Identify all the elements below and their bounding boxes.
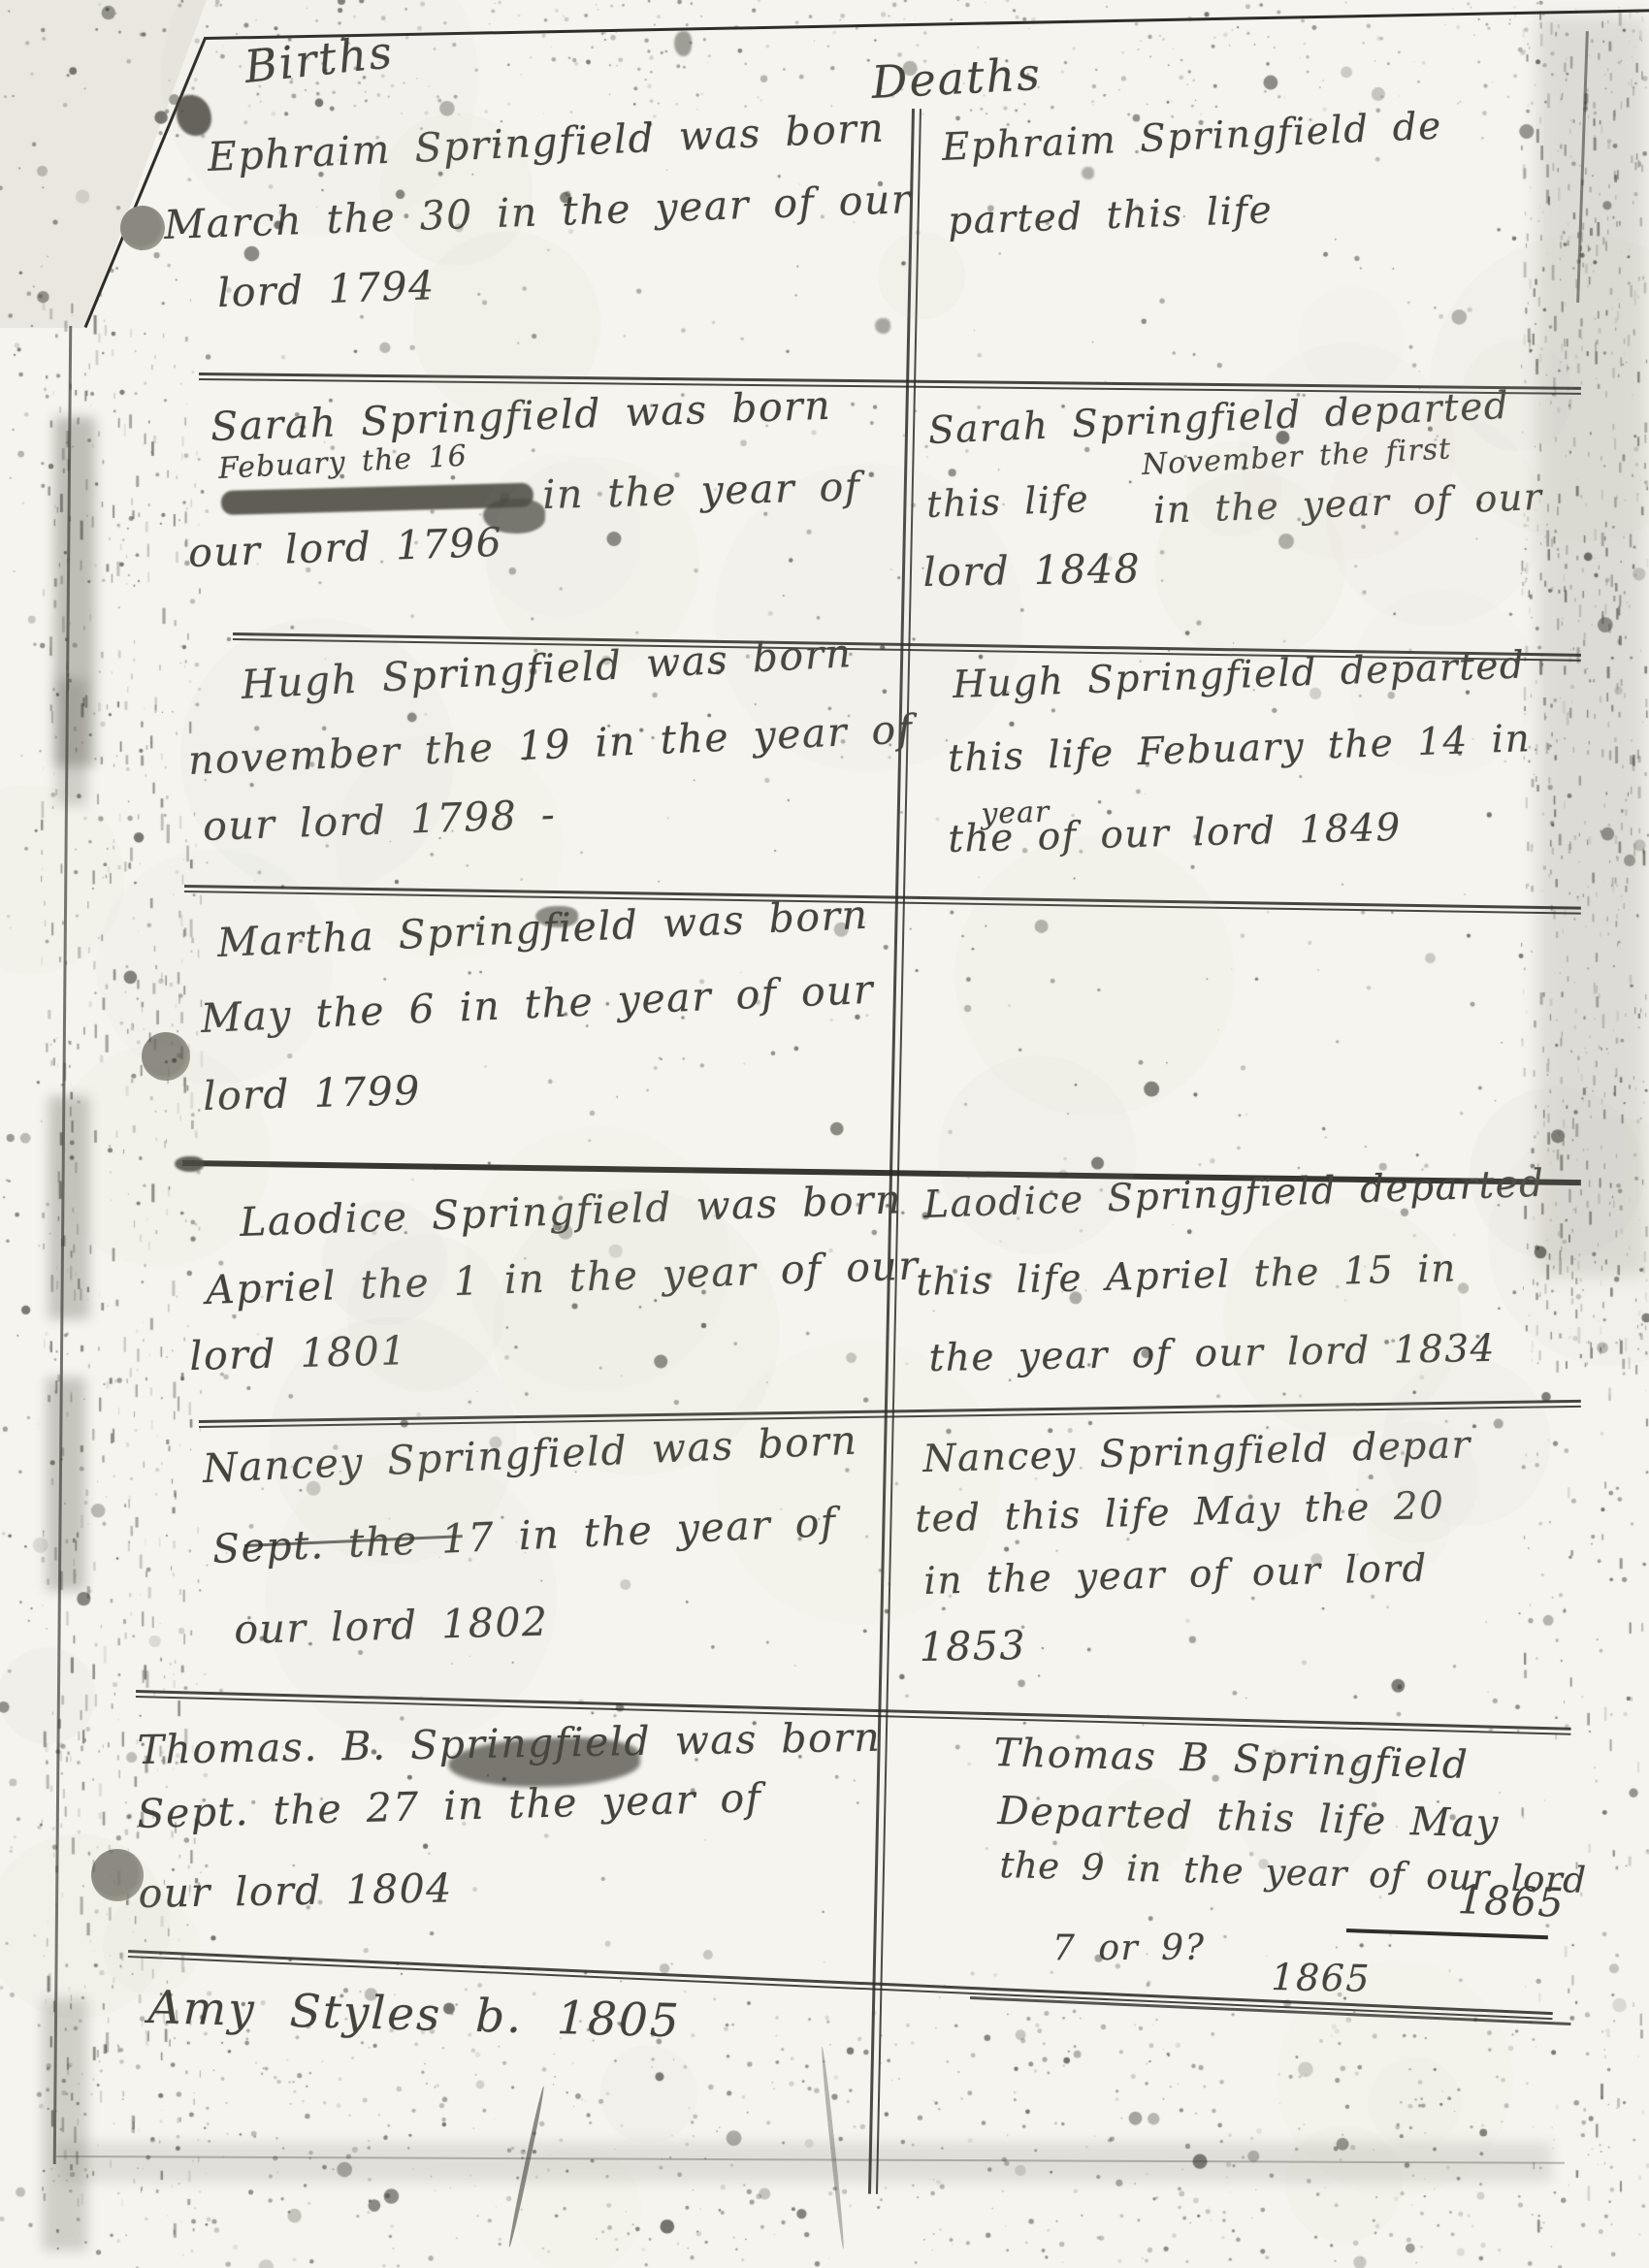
thomas-birth-line-2: Sept. the 27 in the year of (137, 1774, 762, 1837)
martha-birth-line-1: Martha Springfield was born (216, 891, 870, 966)
photocopy-smudge (43, 1998, 87, 2251)
thomas-death-annotation: 7 or 9? (1052, 1928, 1205, 1968)
photocopy-smudge (48, 1096, 89, 1319)
thomas-death-year: 1865 (1457, 1876, 1566, 1927)
nancey-birth-line-1: Nancey Springfield was born (202, 1417, 858, 1492)
hugh-death-line-2: this life Febuary the 14 in (947, 717, 1532, 781)
ephraim-death-line-2: parted this life (947, 188, 1273, 243)
hugh-death-line-1: Hugh Springfield departed (952, 643, 1526, 707)
deaths-header: Deaths (870, 48, 1043, 109)
thomas-death-line-1: Thomas B Springfield (993, 1731, 1470, 1788)
martha-birth-line-3: lord 1799 (203, 1067, 422, 1119)
nancey-death-line-4: 1853 (919, 1622, 1026, 1670)
sarah-birth-line-1: Sarah Springfield was born (210, 382, 831, 450)
ink-blot (875, 318, 890, 334)
sarah-death-line-3: lord 1848 (922, 545, 1141, 596)
photocopy-noise-layer (0, 0, 1649, 2268)
laodice-birth-line-1: Laodice Springfield was born (239, 1176, 902, 1246)
ink-blot (175, 1156, 204, 1172)
thomas-death-line-2: Departed this life May (997, 1789, 1500, 1847)
photocopy-smudge-band (58, 2142, 1552, 2183)
ephraim-birth-line-2: March the 30 in the year of our (163, 176, 912, 248)
nancey-birth-line-2: Sept. the 17 in the year of (211, 1499, 838, 1572)
nancey-birth-line-3: our lord 1802 (234, 1599, 549, 1653)
footer-note: Amy Styles b. 1805 (147, 1981, 681, 2048)
ephraim-birth-line-1: Ephraim Springfield was born (207, 105, 886, 180)
column-divider-line (868, 109, 921, 2194)
nancey-death-line-2: ted this life May the 20 (915, 1484, 1445, 1541)
martha-birth-line-2: May the 6 in the year of our (200, 966, 875, 1042)
ink-blot (674, 31, 692, 56)
underline-stroke (1346, 1928, 1548, 1939)
sarah-birth-line-2: in the year of (542, 463, 861, 518)
ephraim-birth-line-3: lord 1794 (216, 262, 436, 316)
photocopy-smudge (56, 679, 87, 805)
row-divider-line-3 (184, 885, 1581, 915)
nancey-death-line-1: Nancey Springfield depar (922, 1423, 1471, 1481)
ink-blot (177, 95, 211, 136)
nancey-death-line-3: in the year of our lord (923, 1546, 1429, 1604)
thomas-birth-line-3: our lord 1804 (138, 1864, 453, 1917)
thomas-death-annotation-year: 1865 (1271, 1956, 1371, 2000)
page-top-edge-line (206, 9, 1649, 40)
hole-punch (120, 206, 165, 250)
laodice-birth-line-3: lord 1801 (189, 1327, 408, 1379)
photocopy-smudge-band (1537, 16, 1646, 1277)
hole-punch (142, 1032, 190, 1081)
hugh-birth-line-2: november the 19 in the year of (187, 705, 914, 784)
laodice-birth-line-2: Apriel the 1 in the year of our (205, 1242, 920, 1313)
ink-blot (1082, 167, 1094, 179)
laodice-death-line-2: this life Apriel the 15 in (916, 1247, 1458, 1305)
hugh-birth-line-3: our lord 1798 - (202, 791, 557, 850)
ephraim-death-line-1: Ephraim Springfield de (941, 105, 1443, 170)
hole-punch (91, 1849, 144, 1901)
sarah-death-line-2-end: in the year of our (1152, 475, 1543, 532)
photocopy-smudge (47, 1377, 85, 1591)
ink-blot (535, 906, 578, 927)
laodice-death-line-3: the year of our lord 1834 (928, 1327, 1496, 1380)
scanned-register-page: Births Deaths Ephraim Springfield was bo… (0, 0, 1649, 2268)
sarah-birth-line-3: our lord 1796 (187, 519, 503, 576)
sarah-death-line-2-start: this life (925, 477, 1089, 526)
